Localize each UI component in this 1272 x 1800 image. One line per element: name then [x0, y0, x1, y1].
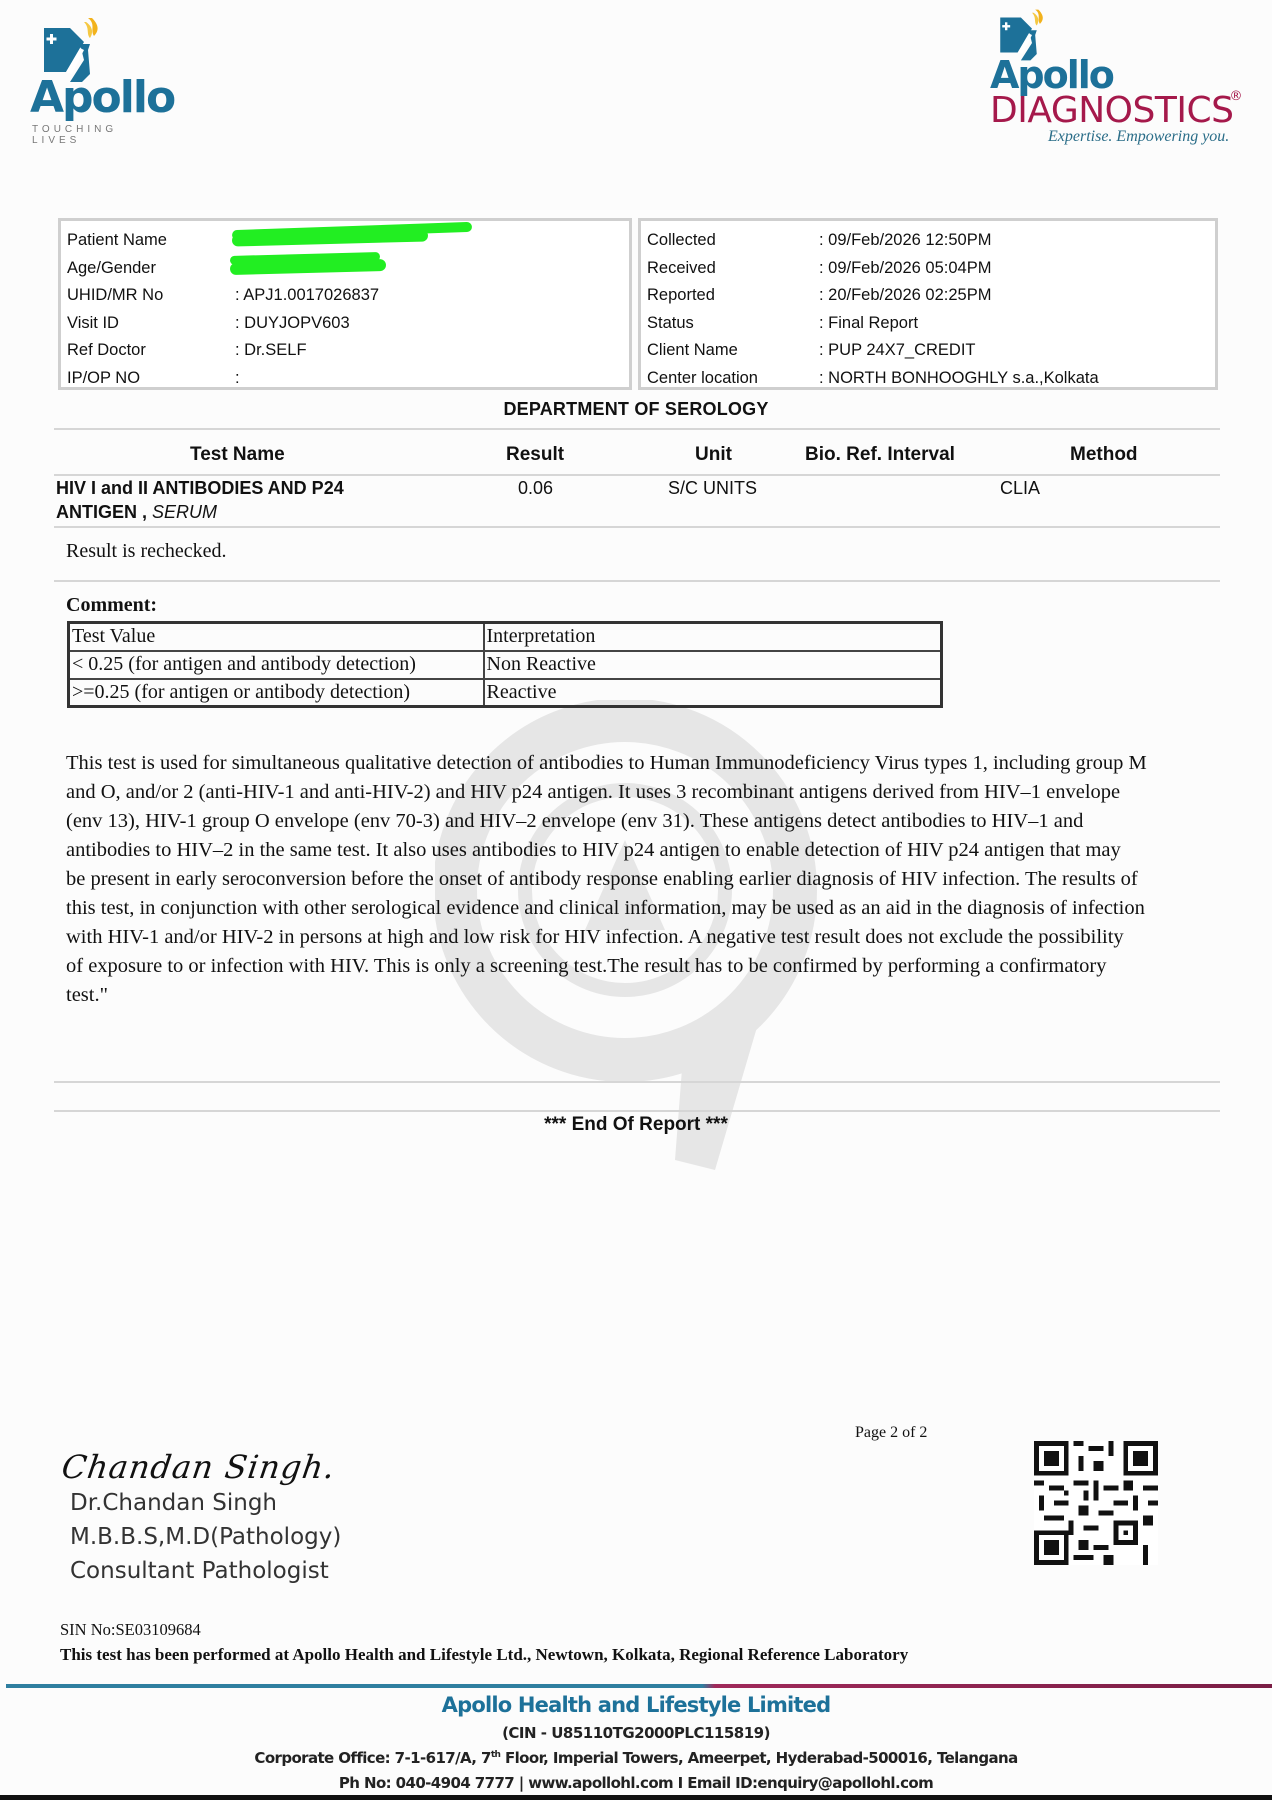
qr-code-icon	[1034, 1441, 1158, 1565]
apollo-emblem-icon	[1000, 8, 1064, 62]
header-method: Method	[1070, 444, 1138, 466]
reported-value: : 20/Feb/2026 02:25PM	[819, 286, 1215, 305]
footer-company-name: Apollo Health and Lifestyle Limited	[0, 1693, 1272, 1717]
interpretation-table: Test Value Interpretation < 0.25 (for an…	[67, 621, 943, 708]
footer-color-bar	[6, 1684, 1272, 1688]
page-number: Page 2 of 2	[855, 1424, 927, 1442]
label: Received	[647, 259, 819, 278]
test-name-line1: HIV I and II ANTIBODIES AND P24	[56, 476, 344, 500]
label: Ref Doctor	[67, 341, 235, 360]
header-result: Result	[506, 444, 564, 466]
divider	[54, 1081, 1220, 1083]
label: Center location	[647, 369, 819, 388]
registered-mark-icon: ®	[1230, 78, 1243, 116]
ref-doctor-value: : Dr.SELF	[235, 341, 629, 360]
status-value: : Final Report	[819, 314, 1215, 333]
doctor-name: Dr.Chandan Singh	[70, 1486, 362, 1520]
specimen: SERUM	[152, 502, 217, 522]
address-suffix: Floor, Imperial Towers, Ameerpet, Hydera…	[500, 1749, 1017, 1767]
description-line: test."	[66, 981, 1216, 1010]
label: Status	[647, 314, 819, 333]
label: Collected	[647, 231, 819, 250]
label: Visit ID	[67, 314, 235, 333]
description-line: of exposure to or infection with HIV. Th…	[66, 952, 1216, 981]
ref-doctor-row: Ref Doctor : Dr.SELF	[67, 337, 629, 365]
status-row: Status : Final Report	[647, 310, 1215, 338]
table-row: Test Value Interpretation	[69, 623, 942, 651]
received-value: : 09/Feb/2026 05:04PM	[819, 259, 1215, 278]
signature-script: Chandan Singh.	[59, 1448, 364, 1486]
interpretation-cell: Reactive	[484, 679, 942, 707]
header-test-name: Test Name	[190, 444, 285, 466]
footer-cin: (CIN - U85110TG2000PLC115819)	[0, 1724, 1272, 1742]
address-sup: th	[491, 1750, 501, 1760]
description-line: and O, and/or 2 (anti-HIV-1 and anti-HIV…	[66, 778, 1216, 807]
center-location-value: : NORTH BONHOOGHLY s.a.,Kolkata	[819, 369, 1215, 388]
diagnostics-wordmark: DIAGNOSTICS ®	[990, 92, 1250, 130]
divider	[54, 580, 1220, 582]
uhid-value: : APJ1.0017026837	[235, 286, 629, 305]
doctor-designation: Consultant Pathologist	[70, 1554, 362, 1588]
tagline: TOUCHING LIVES	[32, 124, 170, 146]
ip-op-value: :	[235, 369, 629, 388]
unit-value: S/C UNITS	[668, 478, 757, 499]
apollo-emblem-icon	[44, 16, 124, 84]
label: Age/Gender	[67, 259, 235, 278]
apollo-logo: Apollo TOUCHING LIVES	[30, 16, 170, 146]
end-of-report: *** End Of Report ***	[0, 1114, 1272, 1136]
page-edge	[0, 1795, 1272, 1800]
patient-info-box: Patient Name Age/Gender UHID/MR No : APJ…	[58, 218, 632, 390]
header-test-value: Test Value	[69, 623, 484, 651]
label: Reported	[647, 286, 819, 305]
description-line: be present in early seroconversion befor…	[66, 865, 1216, 894]
label: UHID/MR No	[67, 286, 235, 305]
diagnostics-text: DIAGNOSTICS	[990, 90, 1233, 131]
collected-value: : 09/Feb/2026 12:50PM	[819, 231, 1215, 250]
description-line: with HIV-1 and/or HIV-2 in persons at hi…	[66, 923, 1216, 952]
test-name-line2: ANTIGEN ,	[56, 502, 147, 522]
description-line: This test is used for simultaneous quali…	[66, 749, 1216, 778]
test-value-cell: >=0.25 (for antigen or antibody detectio…	[69, 679, 484, 707]
visit-id-row: Visit ID : DUYJOPV603	[67, 310, 629, 338]
address-prefix: Corporate Office: 7-1-617/A, 7	[254, 1749, 490, 1767]
apollo-diagnostics-logo: Apollo DIAGNOSTICS ® Expertise. Empoweri…	[990, 8, 1250, 146]
table-row: < 0.25 (for antigen and antibody detecti…	[69, 651, 942, 679]
performed-at: This test has been performed at Apollo H…	[60, 1645, 908, 1665]
label: IP/OP NO	[67, 369, 235, 388]
signature-block: Chandan Singh. Dr.Chandan Singh M.B.B.S,…	[62, 1448, 362, 1588]
center-location-row: Center location : NORTH BONHOOGHLY s.a.,…	[647, 365, 1215, 393]
client-name-row: Client Name : PUP 24X7_CREDIT	[647, 337, 1215, 365]
description-line: (env 13), HIV-1 group O envelope (env 70…	[66, 807, 1216, 836]
test-description: This test is used for simultaneous quali…	[66, 749, 1216, 1010]
reported-row: Reported : 20/Feb/2026 02:25PM	[647, 282, 1215, 310]
method-value: CLIA	[1000, 478, 1040, 499]
collected-row: Collected : 09/Feb/2026 12:50PM	[647, 227, 1215, 255]
divider	[54, 428, 1220, 430]
result-note: Result is rechecked.	[66, 540, 227, 563]
doctor-qualification: M.B.B.S,M.D(Pathology)	[70, 1520, 362, 1554]
client-name-value: : PUP 24X7_CREDIT	[819, 341, 1215, 360]
divider	[54, 1110, 1220, 1112]
sample-info-box: Collected : 09/Feb/2026 12:50PM Received…	[638, 218, 1218, 390]
uhid-row: UHID/MR No : APJ1.0017026837	[67, 282, 629, 310]
footer-address: Corporate Office: 7-1-617/A, 7th Floor, …	[0, 1749, 1272, 1767]
apollo-wordmark: Apollo	[990, 58, 1250, 92]
header-bio-ref-interval: Bio. Ref. Interval	[805, 444, 955, 466]
test-value-cell: < 0.25 (for antigen and antibody detecti…	[69, 651, 484, 679]
header-interpretation: Interpretation	[484, 623, 942, 651]
test-name: HIV I and II ANTIBODIES AND P24 ANTIGEN …	[56, 476, 344, 524]
sin-number: SIN No:SE03109684	[60, 1620, 201, 1640]
label: Client Name	[647, 341, 819, 360]
footer-contact: Ph No: 040-4904 7777 | www.apollohl.com …	[0, 1774, 1272, 1792]
interpretation-cell: Non Reactive	[484, 651, 942, 679]
description-line: antibodies to HIV–2 in the same test. It…	[66, 836, 1216, 865]
divider	[54, 526, 1220, 528]
visit-id-value: : DUYJOPV603	[235, 314, 629, 333]
received-row: Received : 09/Feb/2026 05:04PM	[647, 255, 1215, 283]
table-row: >=0.25 (for antigen or antibody detectio…	[69, 679, 942, 707]
label: Patient Name	[67, 231, 235, 250]
department-title: DEPARTMENT OF SEROLOGY	[0, 399, 1272, 420]
description-line: this test, in conjunction with other ser…	[66, 894, 1216, 923]
comment-heading: Comment:	[66, 594, 157, 617]
header-unit: Unit	[695, 444, 732, 466]
result-value: 0.06	[518, 478, 553, 499]
ip-op-row: IP/OP NO :	[67, 365, 629, 393]
